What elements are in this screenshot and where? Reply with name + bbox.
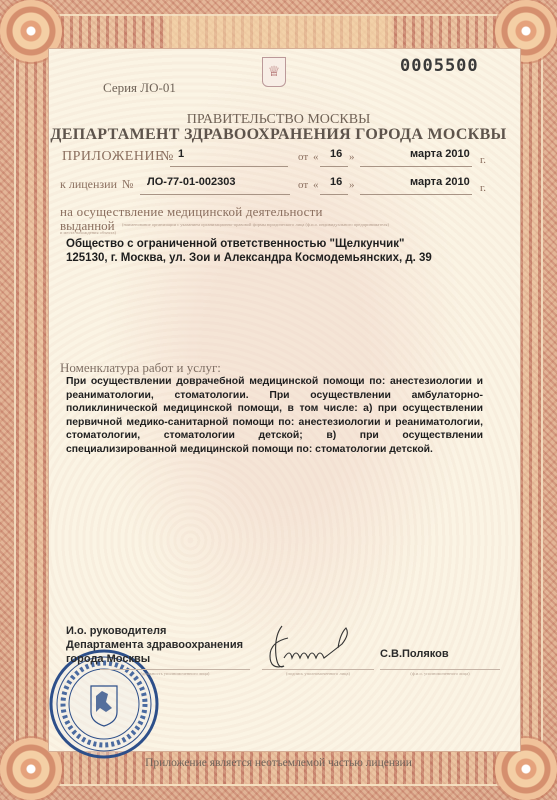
appendix-number-underline [170, 152, 288, 167]
license-month-year: марта 2010 [410, 176, 470, 188]
signatory-position: И.о. руководителя Департамента здравоохр… [66, 624, 243, 666]
quote-open: « [313, 179, 319, 191]
quote-close: » [349, 151, 355, 163]
series-label: Серия ЛО-01 [103, 80, 176, 96]
quote-close: » [349, 179, 355, 191]
license-label: к лицензии [60, 177, 117, 192]
organization-block: Общество с ограниченной ответственностью… [66, 237, 432, 265]
serial-number: 0005500 [400, 56, 479, 76]
department-title: ДЕПАРТАМЕНТ ЗДРАВООХРАНЕНИЯ ГОРОДА МОСКВ… [0, 126, 557, 144]
license-number: ЛО-77-01-002303 [147, 176, 235, 188]
services-label: Номенклатура работ и услуг: [60, 360, 221, 376]
organization-name: Общество с ограниченной ответственностью… [66, 237, 432, 251]
appendix-month-year: марта 2010 [410, 148, 470, 160]
name-line [380, 669, 500, 670]
position-caption: (должность уполномоченного лица) [100, 671, 250, 676]
appendix-number: 1 [178, 148, 184, 160]
handwritten-signature-icon [262, 618, 377, 678]
appendix-day: 16 [330, 148, 342, 160]
appendix-from-label: от [298, 151, 308, 163]
license-year-suffix: г. [480, 182, 486, 194]
appendix-year-suffix: г. [480, 154, 486, 166]
appendix-label: ПРИЛОЖЕНИЕ [62, 149, 164, 165]
license-number-sign: № [122, 177, 133, 192]
position-line [100, 669, 250, 670]
services-text: При осуществлении доврачебной медицинско… [66, 375, 483, 456]
signer-name: С.В.Поляков [380, 648, 449, 660]
license-from-label: от [298, 179, 308, 191]
license-day: 16 [330, 176, 342, 188]
quote-open: « [313, 151, 319, 163]
footer-note: Приложение является неотъемлемой частью … [0, 757, 557, 769]
issued-hint: (наименование организации с указанием ор… [122, 222, 502, 227]
name-caption: (ф.и.о. уполномоченного лица) [380, 671, 500, 676]
organization-address: 125130, г. Москва, ул. Зои и Александра … [66, 251, 432, 265]
russian-coat-of-arms-icon: ♕ [262, 57, 286, 87]
issued-hint-2: и места нахождения объекта) [60, 230, 116, 235]
